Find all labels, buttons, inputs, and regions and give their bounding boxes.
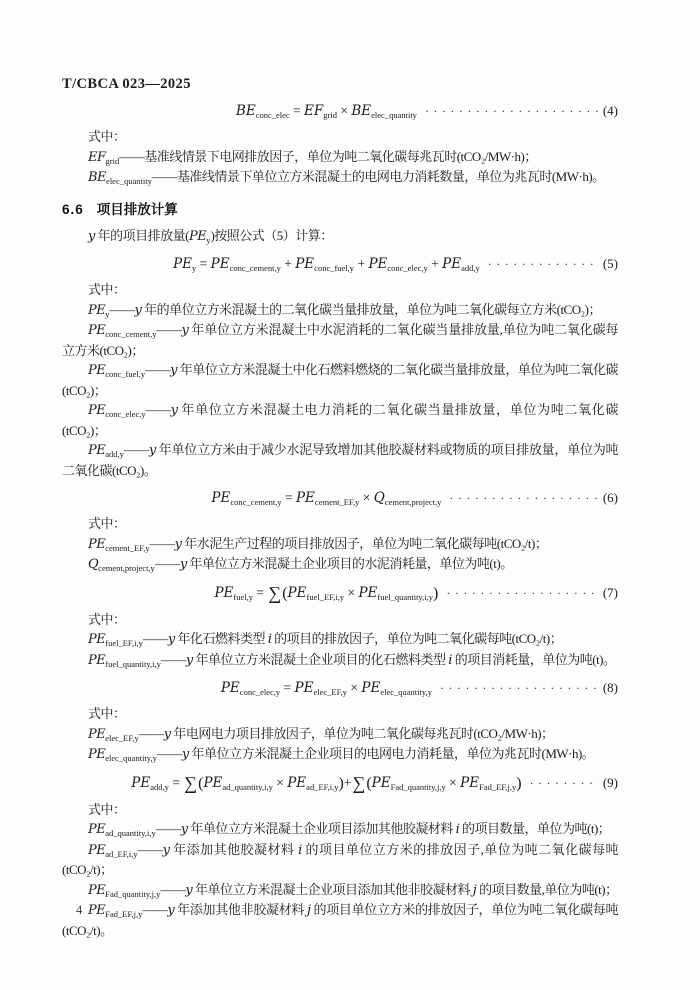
def-PE_fuel_EF_i_y: PEfuel_EF,i,y——y 年化石燃料类型 i 的项目的排放因子，单位为吨… (62, 629, 618, 650)
def-BE_elec_quantity: BEelec_quantity——基准线情景下单位立方米混凝土的电网电力消耗数量… (62, 167, 618, 188)
formula-number: (6) (603, 488, 618, 508)
dot-leader: ········································… (425, 101, 599, 121)
formula-number: (9) (603, 773, 618, 793)
formula-body: PEconc_cement,y = PEcement_EF,y × Qcemen… (211, 488, 441, 508)
document-flow: BEconc_elec = EFgrid × BEelec_quantity··… (62, 101, 618, 940)
def-PE_elec_EF_y: PEelec_EF,y——y 年电网电力项目排放因子，单位为吨二氧化碳每兆瓦时(… (62, 724, 618, 745)
def-PE_ad_quantity_i_y: PEad_quantity,i,y——y 年单位立方米混凝土企业项目添加其他胶凝… (62, 819, 618, 840)
formula-number: (8) (603, 678, 618, 698)
where-label: 式中： (62, 800, 618, 820)
document-body: T/CBCA 023—2025 BEconc_elec = EFgrid × B… (62, 76, 618, 940)
def-PE_fuel_quantity_i_y: PEfuel_quantity,i,y——y 年单位立方米混凝土企业项目的化石燃… (62, 650, 618, 671)
intro-paragraph: y 年的项目排放量(PEy)按照公式（5）计算： (62, 226, 618, 247)
equation-6: PEconc_cement,y = PEcement_EF,y × Qcemen… (62, 488, 618, 508)
def-EF_grid: EFgrid——基准线情景下电网排放因子，单位为吨二氧化碳每兆瓦时(tCO₂/M… (62, 147, 618, 168)
equation-5: PEy = PEconc_cement,y + PEconc_fuel,y + … (62, 254, 618, 274)
formula-body: PEy = PEconc_cement,y + PEconc_fuel,y + … (173, 254, 480, 274)
formula-number: (4) (603, 101, 618, 121)
def-Q_cement_project_y: Qcement,project,y——y 年单位立方米混凝土企业项目的水泥消耗量… (62, 554, 618, 575)
dot-leader: ········································… (440, 678, 599, 698)
def-PE_elec_quantity_y: PEelec_quantity,y——y 年单位立方米混凝土企业项目的电网电力消… (62, 744, 618, 765)
where-label: 式中： (62, 704, 618, 724)
formula-number: (7) (603, 583, 618, 603)
formula-body: PEfuel,y = ∑(PEfuel_EF,i,y × PEfuel_quan… (214, 583, 438, 604)
def-PE_Fad_quantity_j_y: PEFad_quantity,j,y——y 年单位立方米混凝土企业项目添加其他非… (62, 880, 618, 901)
dot-leader: ········································… (449, 488, 598, 508)
def-PE_Fad_EF_j_y: PEFad_EF,j,y——y 年添加其他非胶凝材料 j 的项目单位立方米的排放… (62, 900, 618, 940)
where-label: 式中： (62, 127, 618, 147)
where-label: 式中： (62, 280, 618, 300)
dot-leader: ········································… (530, 773, 599, 793)
equation-9: PEadd,y = ∑(PEad_quantity,i,y × PEad_EF,… (62, 773, 618, 794)
formula-body: PEconc_elec,y = PEelec_EF,y × PEelec_qua… (221, 678, 432, 698)
def-PE_cement_EF_y: PEcement_EF,y——y 年水泥生产过程的项目排放因子，单位为吨二氧化碳… (62, 534, 618, 555)
standard-code: T/CBCA 023—2025 (62, 76, 618, 93)
formula-body: BEconc_elec = EFgrid × BEelec_quantity (236, 101, 417, 121)
section-title: 项目排放计算 (97, 202, 178, 217)
section-heading-6-6: 6.6项目排放计算 (62, 200, 618, 219)
equation-4: BEconc_elec = EFgrid × BEelec_quantity··… (62, 101, 618, 121)
formula-body: PEadd,y = ∑(PEad_quantity,i,y × PEad_EF,… (131, 773, 521, 794)
def-PE_ad_EF_i_y: PEad_EF,i,y——y 年添加其他胶凝材料 i 的项目单位立方米的排放因子… (62, 840, 618, 880)
def-PE_add_y: PEadd,y——y 年单位立方米由于减少水泥导致增加其他胶凝材料或物质的项目排… (62, 440, 618, 480)
def-PE_conc_fuel_y: PEconc_fuel,y——y 年单位立方米混凝土中化石燃料燃烧的二氧化碳当量… (62, 360, 618, 400)
def-PE_y: PEy——y 年的单位立方米混凝土的二氧化碳当量排放量，单位为吨二氧化碳每立方米… (62, 300, 618, 321)
def-PE_conc_cement_y: PEconc_cement,y——y 年单位立方米混凝土中水泥消耗的二氧化碳当量… (62, 320, 618, 360)
dot-leader: ········································… (488, 254, 599, 274)
page-number: 4 (76, 903, 82, 918)
formula-number: (5) (603, 254, 618, 274)
where-label: 式中： (62, 514, 618, 534)
section-number: 6.6 (62, 202, 84, 217)
equation-8: PEconc_elec,y = PEelec_EF,y × PEelec_qua… (62, 678, 618, 698)
where-label: 式中： (62, 610, 618, 630)
dot-leader: ········································… (446, 583, 598, 603)
document-page: T/CBCA 023—2025 BEconc_elec = EFgrid × B… (0, 0, 700, 990)
equation-7: PEfuel,y = ∑(PEfuel_EF,i,y × PEfuel_quan… (62, 583, 618, 604)
def-PE_conc_elec_y: PEconc_elec,y——y 年单位立方米混凝土电力消耗的二氧化碳当量排放量… (62, 400, 618, 440)
